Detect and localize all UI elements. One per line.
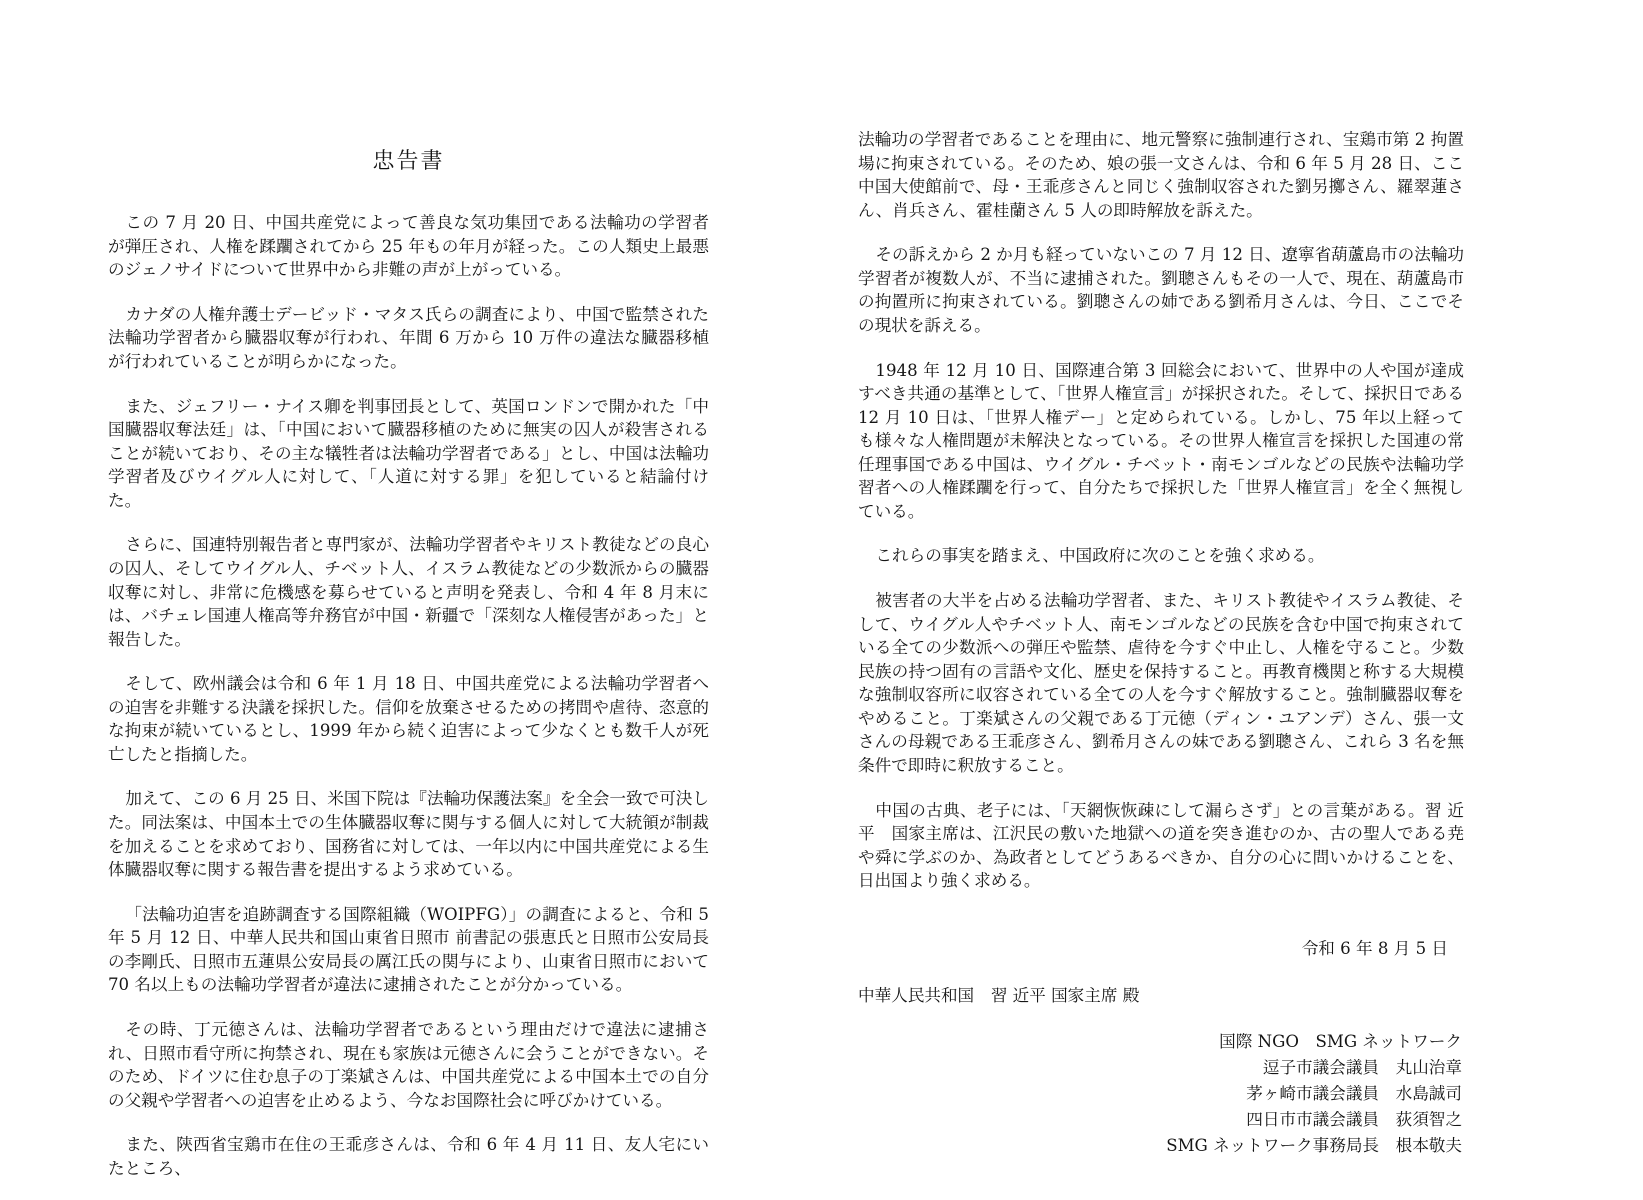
signature-line: SMG ネットワーク事務局長 根本敬夫 [858,1134,1464,1158]
paragraph: カナダの人権弁護士デービッド・マタス氏らの調査により、中国で監禁された法輪功学習… [108,303,709,374]
right-column-paragraphs: その訴えから 2 か月も経っていないこの 7 月 12 日、遼寧省葫蘆島市の法輪… [858,243,1464,893]
left-column-paragraphs: この 7 月 20 日、中国共産党によって善良な気功集団である法輪功の学習者が弾… [108,211,709,1180]
signature-block: 国際 NGO SMG ネットワーク逗子市議会議員 丸山治章茅ヶ崎市議会議員 水島… [858,1030,1464,1158]
paragraph: その訴えから 2 か月も経っていないこの 7 月 12 日、遼寧省葫蘆島市の法輪… [858,243,1464,337]
signature-line: 茅ヶ崎市議会議員 水島誠司 [858,1082,1464,1106]
paragraph: また、陝西省宝鶏市在住の王乖彦さんは、令和 6 年 4 月 11 日、友人宅にい… [108,1133,709,1180]
signature-line: 四日市市議会議員 荻須智之 [858,1108,1464,1132]
paragraph: これらの事実を踏まえ、中国政府に次のことを強く求める。 [858,544,1464,568]
signature-line: 逗子市議会議員 丸山治章 [858,1056,1464,1080]
paragraph: その時、丁元徳さんは、法輪功学習者であるという理由だけで違法に逮捕され、日照市看… [108,1018,709,1112]
paragraph: 「法輪功迫害を追跡調査する国際組織（WOIPFG）」の調査によると、令和 5 年… [108,903,709,997]
paragraph: この 7 月 20 日、中国共産党によって善良な気功集団である法輪功の学習者が弾… [108,211,709,282]
page-left: 忠告書 この 7 月 20 日、中国共産党によって善良な気功集団である法輪功の学… [108,146,709,1200]
paragraph: さらに、国連特別報告者と専門家が、法輪功学習者やキリスト教徒などの良心の囚人、そ… [108,533,709,651]
addressee-line: 中華人民共和国 習 近平 国家主席 殿 [858,984,1464,1008]
paragraph-continuation: 法輪功の学習者であることを理由に、地元警察に強制連行され、宝鶏市第 2 拘置場に… [858,128,1464,222]
paragraph: 被害者の大半を占める法輪功学習者、また、キリスト教徒やイスラム教徒、そして、ウイ… [858,589,1464,778]
document-canvas: 忠告書 この 7 月 20 日、中国共産党によって善良な気功集団である法輪功の学… [0,0,1643,1200]
signature-line: 国際 NGO SMG ネットワーク [858,1030,1464,1054]
page-right: 法輪功の学習者であることを理由に、地元警察に強制連行され、宝鶏市第 2 拘置場に… [858,128,1464,1160]
date-line: 令和 6 年 8 月 5 日 [858,937,1464,961]
paragraph: 中国の古典、老子には、「天網恢恢疎にして漏らさず」との言葉がある。習 近平 国家… [858,799,1464,893]
paragraph: 加えて、この 6 月 25 日、米国下院は『法輪功保護法案』を全会一致で可決した… [108,787,709,881]
paragraph: 1948 年 12 月 10 日、国際連合第 3 回総会において、世界中の人や国… [858,359,1464,524]
document-title: 忠告書 [108,146,709,177]
paragraph: また、ジェフリー・ナイス卿を判事団長として、英国ロンドンで開かれた「中国臓器収奪… [108,395,709,513]
paragraph: そして、欧州議会は令和 6 年 1 月 18 日、中国共産党による法輪功学習者へ… [108,672,709,766]
